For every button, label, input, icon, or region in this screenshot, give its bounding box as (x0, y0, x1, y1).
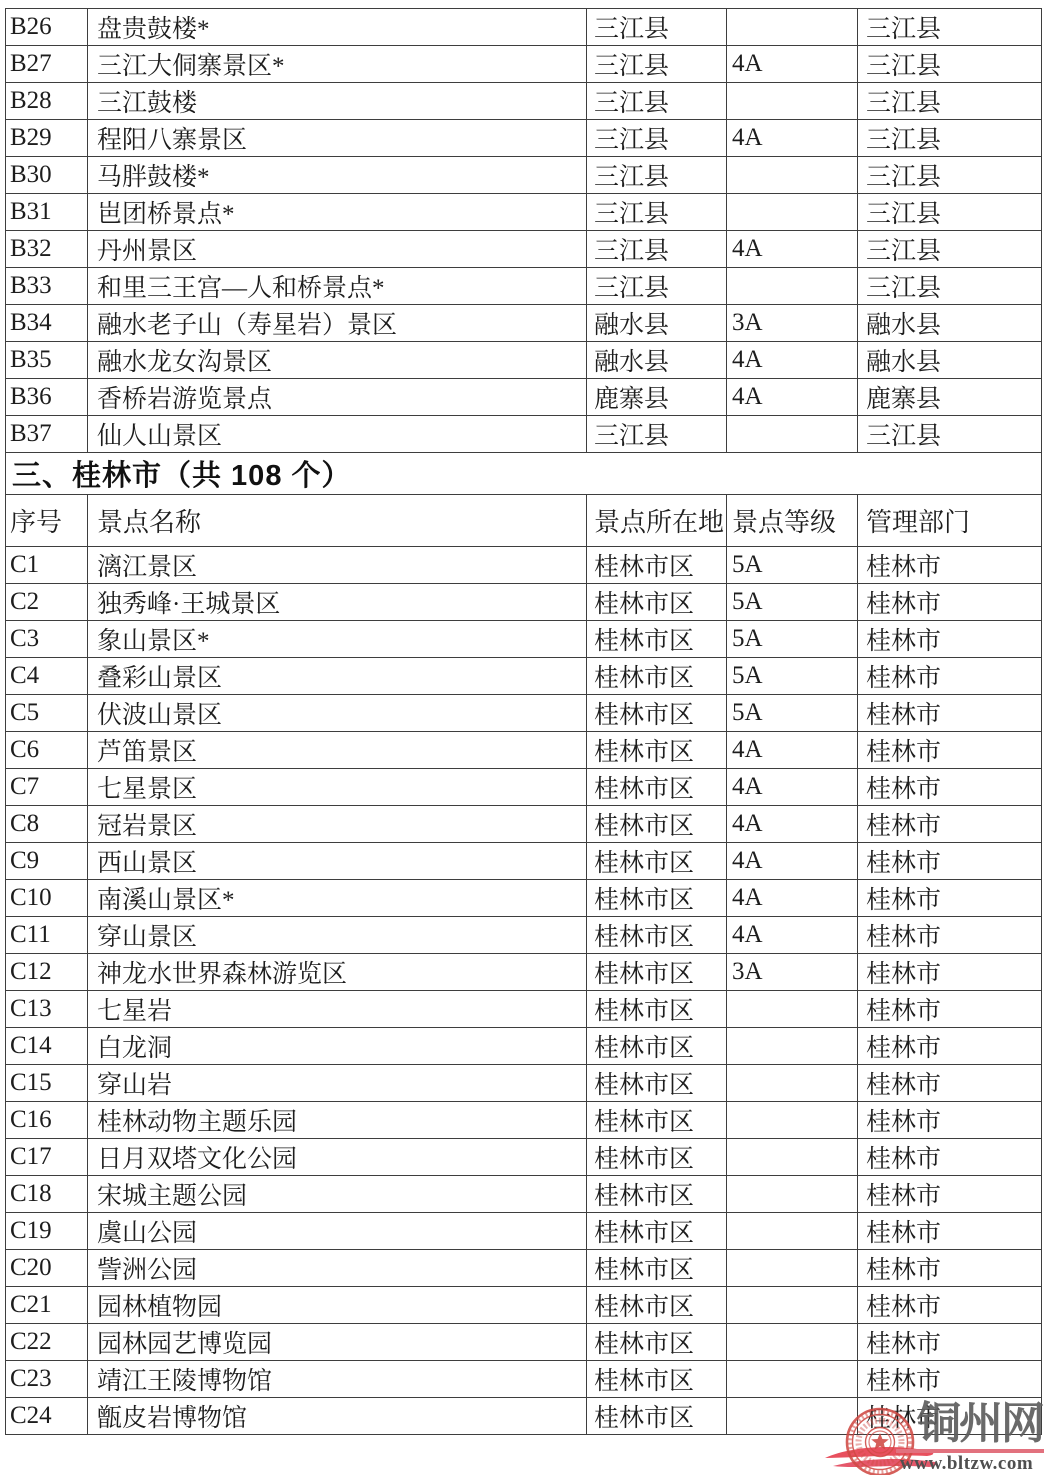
spot-name-cell: 芦笛景区 (88, 732, 587, 769)
row-id-cell: C15 (6, 1065, 88, 1102)
row-id-cell: B36 (6, 379, 88, 416)
spot-name-cell: 宋城主题公园 (88, 1176, 587, 1213)
table-row: B32 丹州景区 三江县 4A 三江县 (6, 231, 1042, 268)
department-cell: 桂林市 (858, 843, 1042, 880)
row-id-cell: B32 (6, 231, 88, 268)
grade-cell: 5A (727, 547, 858, 584)
location-cell: 鹿寨县 (587, 379, 727, 416)
location-cell: 桂林市区 (587, 1324, 727, 1361)
row-id-cell: C7 (6, 769, 88, 806)
location-cell: 桂林市区 (587, 769, 727, 806)
grade-cell (727, 9, 858, 46)
row-id-cell: B35 (6, 342, 88, 379)
table-row: B29 程阳八寨景区 三江县 4A 三江县 (6, 120, 1042, 157)
watermark-swoosh-icon (823, 1442, 941, 1475)
row-id-cell: C23 (6, 1361, 88, 1398)
department-cell: 桂林市 (858, 1176, 1042, 1213)
location-cell: 三江县 (587, 268, 727, 305)
table-row: B37 仙人山景区 三江县 三江县 (6, 416, 1042, 453)
row-id-cell: C6 (6, 732, 88, 769)
spot-name-cell: 冠岩景区 (88, 806, 587, 843)
grade-cell (727, 83, 858, 120)
watermark-underline (896, 1449, 1044, 1453)
location-cell: 三江县 (587, 194, 727, 231)
spot-name-cell: 融水老子山（寿星岩）景区 (88, 305, 587, 342)
department-cell: 桂林市 (858, 1398, 1042, 1435)
department-cell: 三江县 (858, 120, 1042, 157)
table-row: C12 神龙水世界森林游览区 桂林市区 3A 桂林市 (6, 954, 1042, 991)
spot-name-cell: 訾洲公园 (88, 1250, 587, 1287)
spot-name-cell: 穿山景区 (88, 917, 587, 954)
spot-name-cell: 七星景区 (88, 769, 587, 806)
spot-name-cell: 程阳八寨景区 (88, 120, 587, 157)
grade-cell: 4A (727, 769, 858, 806)
row-id-cell: C9 (6, 843, 88, 880)
department-cell: 三江县 (858, 268, 1042, 305)
row-id-cell: C2 (6, 584, 88, 621)
spot-name-cell: 园林园艺博览园 (88, 1324, 587, 1361)
grade-cell: 5A (727, 695, 858, 732)
department-cell: 桂林市 (858, 806, 1042, 843)
location-cell: 桂林市区 (587, 1361, 727, 1398)
location-cell: 桂林市区 (587, 1028, 727, 1065)
location-cell: 三江县 (587, 416, 727, 453)
grade-cell: 4A (727, 46, 858, 83)
column-header-department: 管理部门 (858, 495, 1042, 547)
grade-cell: 4A (727, 231, 858, 268)
department-cell: 三江县 (858, 83, 1042, 120)
grade-cell: 3A (727, 305, 858, 342)
location-cell: 桂林市区 (587, 621, 727, 658)
table-row: C6 芦笛景区 桂林市区 4A 桂林市 (6, 732, 1042, 769)
row-id-cell: C13 (6, 991, 88, 1028)
spot-name-cell: 甑皮岩博物馆 (88, 1398, 587, 1435)
row-id-cell: C11 (6, 917, 88, 954)
row-id-cell: C4 (6, 658, 88, 695)
spot-name-cell: 日月双塔文化公园 (88, 1139, 587, 1176)
row-id-cell: C24 (6, 1398, 88, 1435)
spot-name-cell: 神龙水世界森林游览区 (88, 954, 587, 991)
department-cell: 融水县 (858, 342, 1042, 379)
department-cell: 三江县 (858, 416, 1042, 453)
row-id-cell: C18 (6, 1176, 88, 1213)
row-id-cell: B29 (6, 120, 88, 157)
department-cell: 桂林市 (858, 621, 1042, 658)
grade-cell (727, 1139, 858, 1176)
grade-cell (727, 1102, 858, 1139)
table-row: B28 三江鼓楼 三江县 三江县 (6, 83, 1042, 120)
spot-name-cell: 和里三王宫—人和桥景点* (88, 268, 587, 305)
spot-name-cell: 丹州景区 (88, 231, 587, 268)
table-row: C10 南溪山景区* 桂林市区 4A 桂林市 (6, 880, 1042, 917)
spot-name-cell: 叠彩山景区 (88, 658, 587, 695)
grade-cell: 4A (727, 843, 858, 880)
row-id-cell: C19 (6, 1213, 88, 1250)
spot-name-cell: 融水龙女沟景区 (88, 342, 587, 379)
grade-cell (727, 1398, 858, 1435)
location-cell: 三江县 (587, 120, 727, 157)
table-row: C16 桂林动物主题乐园 桂林市区 桂林市 (6, 1102, 1042, 1139)
row-id-cell: C17 (6, 1139, 88, 1176)
grade-cell: 5A (727, 621, 858, 658)
table-row: B34 融水老子山（寿星岩）景区 融水县 3A 融水县 (6, 305, 1042, 342)
spot-name-cell: 三江鼓楼 (88, 83, 587, 120)
department-cell: 桂林市 (858, 732, 1042, 769)
department-cell: 桂林市 (858, 1065, 1042, 1102)
spot-name-cell: 三江大侗寨景区* (88, 46, 587, 83)
column-header-id: 序号 (6, 495, 88, 547)
spot-name-cell: 香桥岩游览景点 (88, 379, 587, 416)
row-id-cell: B28 (6, 83, 88, 120)
location-cell: 桂林市区 (587, 1398, 727, 1435)
department-cell: 三江县 (858, 194, 1042, 231)
department-cell: 桂林市 (858, 1361, 1042, 1398)
table-row: C5 伏波山景区 桂林市区 5A 桂林市 (6, 695, 1042, 732)
location-cell: 桂林市区 (587, 1287, 727, 1324)
grade-cell (727, 1213, 858, 1250)
row-id-cell: C20 (6, 1250, 88, 1287)
spot-name-cell: 仙人山景区 (88, 416, 587, 453)
grade-cell: 4A (727, 120, 858, 157)
location-cell: 桂林市区 (587, 991, 727, 1028)
table-row: C2 独秀峰·王城景区 桂林市区 5A 桂林市 (6, 584, 1042, 621)
row-id-cell: C1 (6, 547, 88, 584)
department-cell: 桂林市 (858, 917, 1042, 954)
spot-name-cell: 漓江景区 (88, 547, 587, 584)
grade-cell (727, 1176, 858, 1213)
grade-cell: 3A (727, 954, 858, 991)
grade-cell (727, 1361, 858, 1398)
table-row: C7 七星景区 桂林市区 4A 桂林市 (6, 769, 1042, 806)
table-row: C24 甑皮岩博物馆 桂林市区 桂林市 (6, 1398, 1042, 1435)
grade-cell: 5A (727, 658, 858, 695)
department-cell: 桂林市 (858, 1250, 1042, 1287)
grade-cell: 4A (727, 917, 858, 954)
spot-name-cell: 白龙洞 (88, 1028, 587, 1065)
location-cell: 融水县 (587, 342, 727, 379)
row-id-cell: B27 (6, 46, 88, 83)
department-cell: 桂林市 (858, 1213, 1042, 1250)
table-row: C11 穿山景区 桂林市区 4A 桂林市 (6, 917, 1042, 954)
row-id-cell: B31 (6, 194, 88, 231)
row-id-cell: C22 (6, 1324, 88, 1361)
grade-cell: 4A (727, 806, 858, 843)
grade-cell: 4A (727, 880, 858, 917)
table-row: B26 盘贵鼓楼* 三江县 三江县 (6, 9, 1042, 46)
table-row: B31 岜团桥景点* 三江县 三江县 (6, 194, 1042, 231)
grade-cell (727, 1324, 858, 1361)
location-cell: 桂林市区 (587, 1065, 727, 1102)
grade-cell (727, 1287, 858, 1324)
department-cell: 三江县 (858, 46, 1042, 83)
department-cell: 桂林市 (858, 584, 1042, 621)
department-cell: 三江县 (858, 157, 1042, 194)
table-row: B36 香桥岩游览景点 鹿寨县 4A 鹿寨县 (6, 379, 1042, 416)
table-row: B27 三江大侗寨景区* 三江县 4A 三江县 (6, 46, 1042, 83)
location-cell: 融水县 (587, 305, 727, 342)
row-id-cell: C21 (6, 1287, 88, 1324)
spot-name-cell: 南溪山景区* (88, 880, 587, 917)
grade-cell: 4A (727, 342, 858, 379)
row-id-cell: B34 (6, 305, 88, 342)
spot-name-cell: 伏波山景区 (88, 695, 587, 732)
location-cell: 桂林市区 (587, 806, 727, 843)
location-cell: 三江县 (587, 83, 727, 120)
table-row: B35 融水龙女沟景区 融水县 4A 融水县 (6, 342, 1042, 379)
row-id-cell: C10 (6, 880, 88, 917)
spot-name-cell: 穿山岩 (88, 1065, 587, 1102)
department-cell: 融水县 (858, 305, 1042, 342)
spot-name-cell: 园林植物园 (88, 1287, 587, 1324)
department-cell: 桂林市 (858, 547, 1042, 584)
department-cell: 桂林市 (858, 658, 1042, 695)
table-row: C18 宋城主题公园 桂林市区 桂林市 (6, 1176, 1042, 1213)
scenic-spots-table: B26 盘贵鼓楼* 三江县 三江县 B27 三江大侗寨景区* 三江县 4A 三江… (5, 8, 1042, 1435)
spot-name-cell: 西山景区 (88, 843, 587, 880)
location-cell: 桂林市区 (587, 1213, 727, 1250)
grade-cell (727, 194, 858, 231)
location-cell: 三江县 (587, 46, 727, 83)
department-cell: 桂林市 (858, 769, 1042, 806)
location-cell: 桂林市区 (587, 547, 727, 584)
spot-name-cell: 马胖鼓楼* (88, 157, 587, 194)
location-cell: 桂林市区 (587, 917, 727, 954)
table-row: C4 叠彩山景区 桂林市区 5A 桂林市 (6, 658, 1042, 695)
location-cell: 桂林市区 (587, 880, 727, 917)
grade-cell (727, 157, 858, 194)
location-cell: 桂林市区 (587, 1250, 727, 1287)
location-cell: 桂林市区 (587, 584, 727, 621)
grade-cell (727, 1065, 858, 1102)
spot-name-cell: 盘贵鼓楼* (88, 9, 587, 46)
document-page: B26 盘贵鼓楼* 三江县 三江县 B27 三江大侗寨景区* 三江县 4A 三江… (0, 0, 1044, 1475)
location-cell: 桂林市区 (587, 843, 727, 880)
row-id-cell: B30 (6, 157, 88, 194)
location-cell: 桂林市区 (587, 732, 727, 769)
location-cell: 桂林市区 (587, 658, 727, 695)
department-cell: 桂林市 (858, 954, 1042, 991)
table-row: C8 冠岩景区 桂林市区 4A 桂林市 (6, 806, 1042, 843)
location-cell: 桂林市区 (587, 695, 727, 732)
department-cell: 三江县 (858, 231, 1042, 268)
spot-name-cell: 靖江王陵博物馆 (88, 1361, 587, 1398)
department-cell: 桂林市 (858, 1287, 1042, 1324)
spot-name-cell: 桂林动物主题乐园 (88, 1102, 587, 1139)
row-id-cell: C14 (6, 1028, 88, 1065)
section-header-row: 三、桂林市（共 108 个） (6, 453, 1042, 495)
grade-cell: 4A (727, 732, 858, 769)
column-header-name: 景点名称 (88, 495, 587, 547)
department-cell: 桂林市 (858, 880, 1042, 917)
grade-cell: 5A (727, 584, 858, 621)
department-cell: 桂林市 (858, 1028, 1042, 1065)
table-row: C20 訾洲公园 桂林市区 桂林市 (6, 1250, 1042, 1287)
table-row: B33 和里三王宫—人和桥景点* 三江县 三江县 (6, 268, 1042, 305)
table-row: B30 马胖鼓楼* 三江县 三江县 (6, 157, 1042, 194)
location-cell: 三江县 (587, 9, 727, 46)
table-row: C17 日月双塔文化公园 桂林市区 桂林市 (6, 1139, 1042, 1176)
row-id-cell: C16 (6, 1102, 88, 1139)
grade-cell (727, 416, 858, 453)
column-header-row: 序号 景点名称 景点所在地 景点等级 管理部门 (6, 495, 1042, 547)
grade-cell (727, 1250, 858, 1287)
spot-name-cell: 七星岩 (88, 991, 587, 1028)
section-title: 三、桂林市（共 108 个） (6, 453, 1042, 495)
spot-name-cell: 岜团桥景点* (88, 194, 587, 231)
table-row: C13 七星岩 桂林市区 桂林市 (6, 991, 1042, 1028)
row-id-cell: B26 (6, 9, 88, 46)
department-cell: 桂林市 (858, 695, 1042, 732)
table-row: C22 园林园艺博览园 桂林市区 桂林市 (6, 1324, 1042, 1361)
column-header-grade: 景点等级 (727, 495, 858, 547)
location-cell: 桂林市区 (587, 954, 727, 991)
table-row: C19 虞山公园 桂林市区 桂林市 (6, 1213, 1042, 1250)
department-cell: 桂林市 (858, 1139, 1042, 1176)
table-row: C23 靖江王陵博物馆 桂林市区 桂林市 (6, 1361, 1042, 1398)
grade-cell (727, 1028, 858, 1065)
grade-cell (727, 991, 858, 1028)
watermark-site-url: www.bltzw.com (900, 1453, 1033, 1475)
location-cell: 桂林市区 (587, 1102, 727, 1139)
spot-name-cell: 虞山公园 (88, 1213, 587, 1250)
department-cell: 桂林市 (858, 1102, 1042, 1139)
table-row: C21 园林植物园 桂林市区 桂林市 (6, 1287, 1042, 1324)
table-row: C15 穿山岩 桂林市区 桂林市 (6, 1065, 1042, 1102)
spot-name-cell: 象山景区* (88, 621, 587, 658)
row-id-cell: C8 (6, 806, 88, 843)
row-id-cell: B33 (6, 268, 88, 305)
table-row: C1 漓江景区 桂林市区 5A 桂林市 (6, 547, 1042, 584)
location-cell: 三江县 (587, 157, 727, 194)
row-id-cell: B37 (6, 416, 88, 453)
location-cell: 桂林市区 (587, 1176, 727, 1213)
table-row: C3 象山景区* 桂林市区 5A 桂林市 (6, 621, 1042, 658)
grade-cell (727, 268, 858, 305)
department-cell: 桂林市 (858, 1324, 1042, 1361)
column-header-location: 景点所在地 (587, 495, 727, 547)
location-cell: 三江县 (587, 231, 727, 268)
grade-cell: 4A (727, 379, 858, 416)
department-cell: 三江县 (858, 9, 1042, 46)
table-row: C14 白龙洞 桂林市区 桂林市 (6, 1028, 1042, 1065)
row-id-cell: C5 (6, 695, 88, 732)
spot-name-cell: 独秀峰·王城景区 (88, 584, 587, 621)
department-cell: 鹿寨县 (858, 379, 1042, 416)
location-cell: 桂林市区 (587, 1139, 727, 1176)
table-row: C9 西山景区 桂林市区 4A 桂林市 (6, 843, 1042, 880)
row-id-cell: C12 (6, 954, 88, 991)
department-cell: 桂林市 (858, 991, 1042, 1028)
row-id-cell: C3 (6, 621, 88, 658)
